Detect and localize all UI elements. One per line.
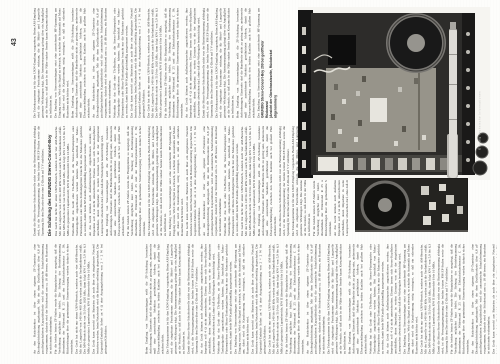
body-paragraph: Das Gerät hat nicht nur einen UKW-Bereic… [75, 244, 91, 354]
body-paragraph: Damit die Mono-Stereo-Schaltschwelle nic… [278, 126, 290, 236]
body-paragraph: Die Teleskopantenne ist für den UKW-Empf… [147, 126, 167, 236]
body-paragraph: Weiterhin hat das Gerät eine TA-Buchse, … [217, 244, 233, 354]
body-paragraph: Weiterhin hat das Gerät eine TA-Buchse, … [369, 244, 385, 354]
body-paragraph: Das Gerät hat nicht nur einen UKW-Bereic… [240, 126, 256, 236]
body-paragraph: Das Gerät kann sowohl aus Batterien als … [492, 244, 497, 354]
body-paragraph: An das Gerät können auch Außenlautsprech… [386, 244, 402, 354]
body-paragraph: Beim Empfang von Stereosendungen stellt … [71, 8, 91, 118]
body-paragraph: Die Teleskopantenne ist für den UKW-Empf… [166, 244, 186, 354]
photo-speaker-chassis-image [355, 178, 468, 232]
body-paragraph: An den Ratiodetektor ist über einen eige… [471, 244, 491, 354]
body-paragraph: Beim Empfang von Stereosendungen stellt … [145, 244, 165, 354]
figure-caption-line1: GRUNDIG Stereo-Concert-Boy 209 bei geöff… [261, 38, 269, 118]
column-1-text: An den Ratiodetektor ist über einen eige… [33, 244, 497, 354]
body-paragraph: Das Gerät hat nicht nur einen UKW-Bereic… [54, 126, 70, 236]
column-2-lead-text: Damit die Mono-Stereo-Schaltschwelle nic… [33, 126, 45, 236]
body-paragraph: Beim Empfang von Stereosendungen stellt … [105, 126, 125, 236]
body-paragraph: Der Empfang von Stereosendungen setzt ei… [257, 8, 260, 118]
body-paragraph: Damit die Mono-Stereo-Schaltschwelle nic… [202, 8, 214, 118]
body-paragraph: Der Empfang von Stereosendungen setzt ei… [54, 8, 70, 118]
body-paragraph: An das Gerät können auch Außenlautsprech… [200, 244, 216, 354]
body-paragraph: Die Teleskopantenne ist für den UKW-Empf… [33, 8, 53, 118]
body-paragraph: Das Gerät hat nicht nur einen UKW-Bereic… [420, 244, 436, 354]
body-paragraph: Die Teleskopantenne ist für den UKW-Empf… [215, 8, 235, 118]
body-paragraph: Beim Empfang von Stereosendungen stellt … [236, 8, 256, 118]
body-paragraph: Für die beiden letzten ZF-Stufen wurde d… [450, 244, 470, 354]
body-paragraph: Für die beiden letzten ZF-Stufen wurde d… [126, 126, 146, 236]
body-paragraph: Der Empfang von Stereosendungen setzt ei… [403, 244, 419, 354]
page-footer: Grundig Technische Informationen [478, 50, 487, 150]
body-paragraph: An den Ratiodetektor ist über einen eige… [33, 244, 53, 354]
figure-caption-text: GRUNDIG Stereo-Concert-Boy 209 bei geöff… [261, 38, 278, 118]
body-paragraph: An das Gerät können auch Außenlautsprech… [88, 126, 104, 236]
photo-open-chassis-image [298, 7, 490, 180]
body-paragraph: Das Gerät kann sowohl aus Batterien als … [185, 126, 201, 236]
body-paragraph: Beim Empfang von Stereosendungen stellt … [348, 244, 368, 354]
body-paragraph: An das Gerät können auch Außenlautsprech… [185, 8, 201, 118]
body-paragraph: Damit die Mono-Stereo-Schaltschwelle nic… [187, 244, 199, 354]
body-paragraph: Das Gerät hat nicht nur einen UKW-Bereic… [268, 244, 284, 354]
figure-caption: GRUNDIG Stereo-Concert-Boy 209 bei geöff… [261, 7, 295, 118]
body-paragraph: Das Gerät kann sowohl aus Batterien als … [130, 8, 146, 118]
body-paragraph: Weiterhin hat das Gerät eine TA-Buchse, … [113, 8, 129, 118]
body-paragraph: Das Gerät hat nicht nur einen UKW-Bereic… [147, 8, 163, 118]
scanned-page-viewer: 43 An den Ratiodetektor ist über einen e… [0, 0, 500, 364]
text-column-3: Die Teleskopantenne ist für den UKW-Empf… [33, 7, 260, 118]
photo-speaker-chassis [355, 178, 468, 232]
column-3-text: Die Teleskopantenne ist für den UKW-Empf… [33, 8, 260, 118]
body-paragraph: Der Empfang von Stereosendungen setzt ei… [168, 126, 184, 236]
body-paragraph: Weiterhin hat das Gerät eine TA-Buchse, … [223, 126, 239, 236]
figure-caption-line2: (Ansicht der Oberchassisseite, Rückdecke… [269, 38, 277, 118]
body-paragraph: Weiterhin hat das Gerät eine TA-Buchse, … [71, 126, 87, 236]
body-paragraph: Für die beiden letzten ZF-Stufen wurde d… [164, 8, 184, 118]
article-heading: Die Schaltung des GRUNDIG Stereo-Concert… [47, 126, 52, 236]
photo-open-chassis [298, 7, 490, 180]
body-paragraph: Damit die Mono-Stereo-Schaltschwelle nic… [437, 244, 449, 354]
body-paragraph: An den Ratiodetektor ist über einen eige… [92, 8, 112, 118]
section-break [109, 244, 145, 354]
body-paragraph: Das Gerät kann sowohl aus Batterien als … [251, 244, 267, 354]
magazine-page: 43 An den Ratiodetektor ist über einen e… [0, 0, 500, 364]
body-paragraph: Für die beiden letzten ZF-Stufen wurde d… [285, 244, 305, 354]
page-number: 43 [11, 38, 18, 46]
body-paragraph: Damit die Mono-Stereo-Schaltschwelle nic… [33, 126, 45, 236]
page-footer-text: Grundig Technische Informationen [478, 50, 481, 150]
body-paragraph: An den Ratiodetektor ist über einen eige… [202, 126, 222, 236]
body-paragraph: Das Gerät kann sowohl aus Batterien als … [92, 244, 108, 354]
body-paragraph: Die Teleskopantenne ist für den UKW-Empf… [327, 244, 347, 354]
body-paragraph: Für die beiden letzten ZF-Stufen wurde d… [54, 244, 74, 354]
body-paragraph: Beim Empfang von Stereosendungen stellt … [257, 126, 277, 236]
text-column-1: An den Ratiodetektor ist über einen eige… [33, 243, 497, 354]
body-paragraph: An den Ratiodetektor ist über einen eige… [306, 244, 326, 354]
body-paragraph: Der Empfang von Stereosendungen setzt ei… [234, 244, 250, 354]
